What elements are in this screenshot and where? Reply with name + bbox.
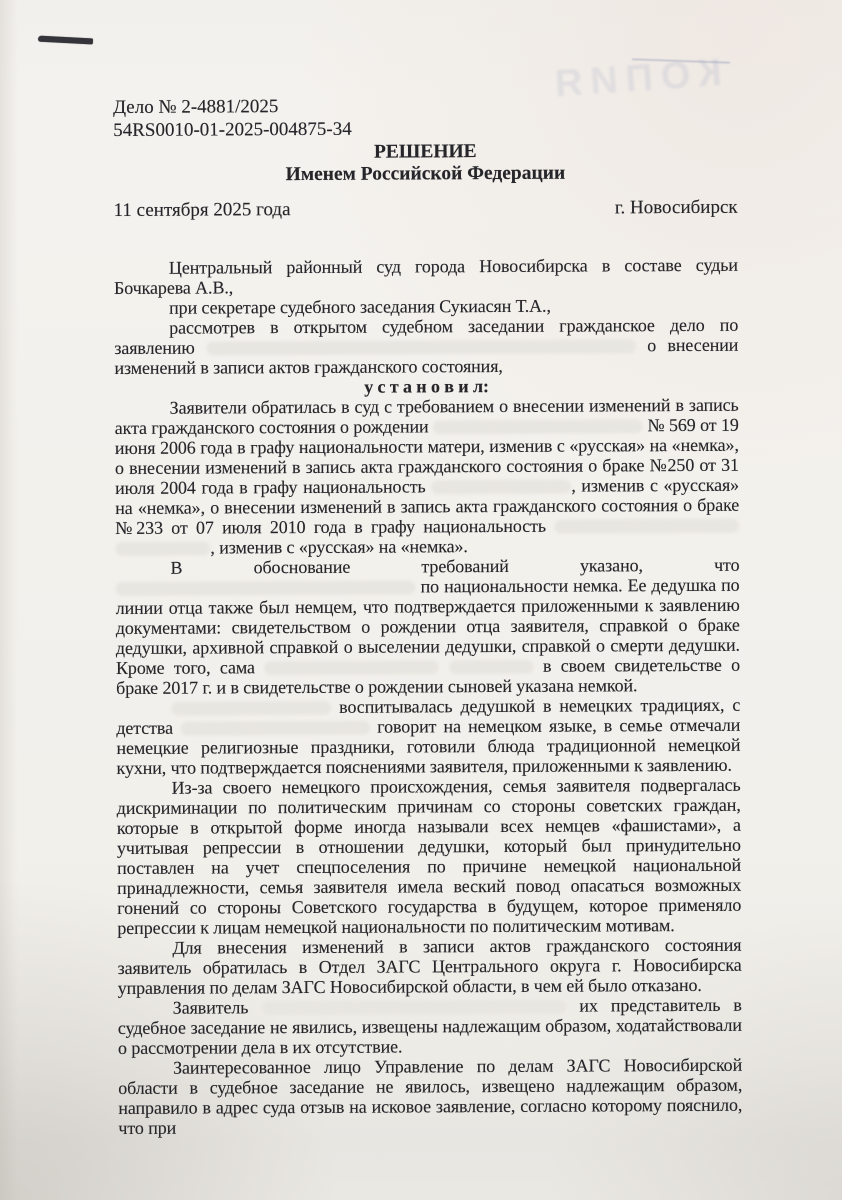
redacted-text <box>264 660 439 675</box>
redacted-text <box>116 580 416 596</box>
redacted-text <box>180 721 370 736</box>
scanned-court-document: КОПИЯ Дело № 2-4881/2025 54RS0010-01-202… <box>0 0 842 1200</box>
intro-section: Центральный районный суд города Новосиби… <box>114 255 739 378</box>
decision-date: 11 сентября 2025 года <box>114 199 291 222</box>
paragraph: Для внесения изменений в записи актов гр… <box>117 935 741 998</box>
case-number: Дело № 2-4881/2025 <box>113 93 737 119</box>
paragraph: Центральный районный суд города Новосиби… <box>114 255 738 298</box>
document-subtitle: Именем Российской Федерации <box>113 162 737 187</box>
case-uid: 54RS0010-01-2025-004875-34 <box>113 116 737 142</box>
paragraph: Из-за своего немецкого происхождения, се… <box>117 775 742 938</box>
paragraph: Заявитель их представитель в судебное за… <box>118 995 742 1058</box>
document-content: Дело № 2-4881/2025 54RS0010-01-2025-0048… <box>113 93 742 1138</box>
redacted-text <box>206 339 636 355</box>
paragraph: рассмотрев в открытом судебном заседании… <box>114 315 738 378</box>
date-row: 11 сентября 2025 года г. Новосибирск <box>114 197 738 222</box>
decision-city: г. Новосибирск <box>615 197 738 220</box>
paragraph: В обоснование требований указано, что по… <box>115 555 740 698</box>
case-block: Дело № 2-4881/2025 54RS0010-01-2025-0048… <box>113 93 737 142</box>
title-block: РЕШЕНИЕ Именем Российской Федерации <box>113 140 737 187</box>
body-section: Заявители обратилась в суд с требованием… <box>115 395 743 1138</box>
paragraph: Заинтересованное лицо Управление по дела… <box>118 1055 742 1138</box>
redacted-text <box>115 541 210 555</box>
redacted-text <box>171 701 331 716</box>
redacted-text <box>554 519 739 534</box>
scanner-artifact-mark <box>38 36 93 45</box>
redacted-text <box>449 660 534 674</box>
document-title: РЕШЕНИЕ <box>113 140 737 165</box>
redacted-text <box>261 1000 566 1016</box>
redacted-text <box>433 419 643 434</box>
paragraph: воспитывалась дедушкой в немецких традиц… <box>116 695 740 778</box>
paragraph: Заявители обратилась в суд с требованием… <box>115 395 740 558</box>
redacted-text <box>431 480 571 495</box>
